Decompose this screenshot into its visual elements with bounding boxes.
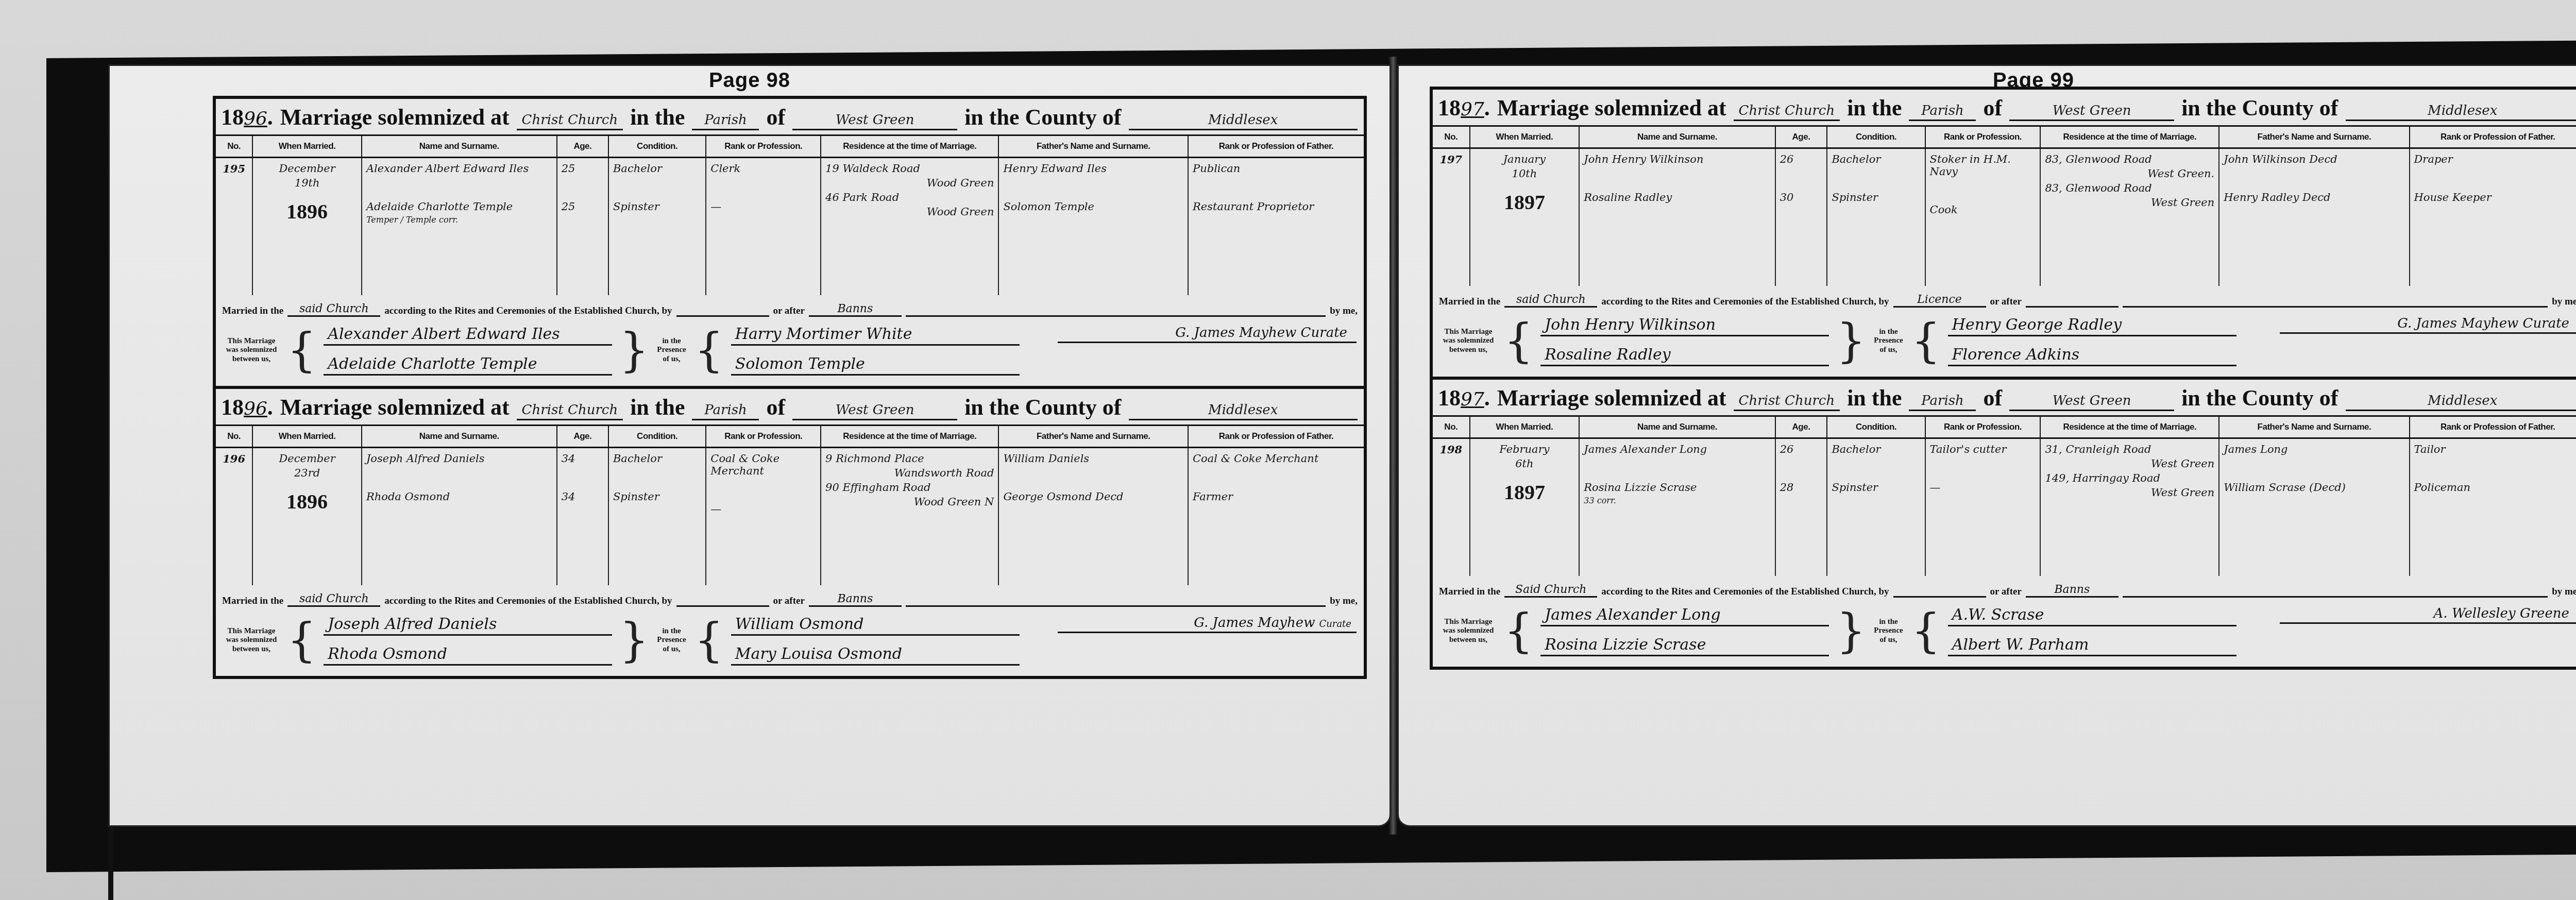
fathers-professions: TailorPoliceman [2410,438,2576,576]
entry-headline: 1897. Marriage solemnized at Christ Chur… [1433,380,2576,417]
field-text: January [1475,153,1575,165]
table-row: 198 February 6th 1897 James Alexander Lo… [1433,438,2576,576]
by-licence-field [1893,596,1986,598]
district-type-field: Parish [692,402,759,420]
field-text: 83, Glenwood Road [2045,182,2214,194]
names: James Alexander Long Rosina Lizzie Scras… [1579,438,1775,576]
fathers-professions: Coal & Coke MerchantFarmer [1188,448,1364,586]
place-field: West Green [2009,103,2174,121]
party-signature: Rosaline Radley [1540,346,1829,366]
field-text: Tailor's cutter [1930,443,2036,455]
field-text: 6th [1475,457,1575,470]
field-text: by me, [1330,305,1358,317]
when-married: February 6th 1897 [1470,438,1580,576]
field-text: 97 [1461,99,1484,120]
groom-name: Alexander Albert Edward Iles [366,162,552,175]
column-header: Rank or Profession of Father. [2410,417,2576,438]
entry-table: No.When Married.Name and Surname.Age.Con… [1433,127,2576,286]
column-header: Condition. [1827,127,1925,148]
rites-line: Married in the said Church according to … [216,585,1364,610]
field-text: 96 [244,398,267,419]
entry-year: 1897. [1438,385,1490,411]
witness-signature: Florence Adkins [1948,346,2236,366]
entries-block: 1896. Marriage solemnized at Christ Chur… [213,96,1367,679]
in-the-label: in the [630,104,685,130]
witness-signature: Albert W. Parham [1948,636,2236,656]
solemnized-label: Marriage solemnized at [1497,95,1726,121]
signatures-block: This Marriage was solemnized between us,… [216,320,1364,386]
witness-signature: Henry George Radley [1948,316,2236,336]
solemnized-label: Marriage solemnized at [1497,385,1726,411]
witness-signature: Mary Louisa Osmond [731,645,1020,666]
column-headers: No.When Married.Name and Surname.Age.Con… [216,136,1364,158]
entries-block: 1897. Marriage solemnized at Christ Chur… [1430,87,2576,670]
ages: 2525 [557,158,608,296]
column-header: When Married. [1470,127,1580,148]
field-text: Bachelor [1832,153,1920,165]
field-text: 18 [221,395,244,420]
when-married: January 10th 1897 [1470,148,1580,286]
of-label: of [1983,385,2002,411]
field-text: or after [1990,586,2022,598]
fathers-professions: DraperHouse Keeper [2410,148,2576,286]
field-text: 34 [562,452,604,465]
field-text: Restaurant Proprietor [1193,200,1360,213]
field-text: 18 [221,105,244,130]
church-field: Christ Church [1734,393,1840,411]
of-label: of [766,394,785,420]
officiant-signature: A. Wellesley Greene [2280,606,2576,624]
church-field: Christ Church [1734,103,1840,121]
district-type-field: Parish [1909,103,1976,121]
entry-table: No.When Married.Name and Surname.Age.Con… [216,426,1364,585]
field-text: or after [1990,296,2022,308]
entry-number: 196 [216,448,252,586]
church-field: Christ Church [517,402,623,420]
bride-name-note: Temper / Temple corr. [366,215,552,225]
between-label: This Marriage was solemnized between us, [223,627,280,654]
witness-signature: A.W. Scrase [1948,606,2236,626]
table-row: 197 January 10th 1897 John Henry Wilkins… [1433,148,2576,286]
entry-year: 1896. [221,104,273,130]
bride-name: Rhoda Osmond [366,490,552,503]
ages: 2628 [1775,438,1827,576]
county-label: in the County of [2181,95,2338,121]
officiant-signature: G. James Mayhew Curate [2280,316,2576,334]
register-page-99: Page 99 1897. Marriage solemnized at Chr… [1397,64,2576,827]
column-headers: No.When Married.Name and Surname.Age.Con… [1433,417,2576,438]
field-text: according to the Rites and Ceremonies of… [1601,296,1889,308]
column-header: Name and Surname. [1579,127,1775,148]
column-header: Condition. [608,426,706,448]
column-header: Rank or Profession. [1925,417,2041,438]
field-text: Married in the [1439,586,1500,598]
by-licence-field [676,605,769,607]
county-field: Middlesex [2346,393,2576,411]
column-header: Residence at the time of Marriage. [821,136,998,158]
column-header: Condition. [608,136,706,158]
field-text: 90 Effingham Road [825,481,994,494]
column-header: Name and Surname. [1579,417,1775,438]
table-row: 195 December 19th 1896 Alexander Albert … [216,158,1364,296]
field-text: Wandsworth Road [825,467,994,479]
signatures-block: This Marriage was solemnized between us,… [1433,311,2576,377]
column-header: Name and Surname. [362,426,557,448]
field-text: Cook [1930,203,2036,216]
column-header: Age. [557,426,608,448]
presence-label: in the Presence of us, [656,337,687,364]
field-text: Spinster [1832,191,1920,203]
entry-headline: 1897. Marriage solemnized at Christ Chur… [1433,90,2576,127]
between-label: This Marriage was solemnized between us, [1440,618,1497,644]
column-header: Condition. [1827,417,1925,438]
entry-headline: 1896. Marriage solemnized at Christ Chur… [216,99,1364,136]
field-text: Draper [2414,153,2576,165]
entry-number: 197 [1433,148,1470,286]
presence-label: in the Presence of us, [1873,328,1904,354]
table-row: 196 December 23rd 1896 Joseph Alfred Dan… [216,448,1364,586]
field-text: 1897 [1475,190,1575,214]
in-the-label: in the [1847,385,1902,411]
field-text: 26 [1780,153,1823,165]
bride-name: Rosaline Radley [1584,191,1770,203]
conditions: BachelorSpinster [1827,148,1925,286]
field-text: 31, Cranleigh Road [2045,443,2214,455]
field-text: by me, [2552,296,2576,308]
bride-name: Rosina Lizzie Scrase [1584,481,1770,494]
field-text: 83, Glenwood Road [2045,153,2214,165]
banns-field: Banns [809,592,902,607]
column-header: No. [216,136,252,158]
marriage-entry: 1896. Marriage solemnized at Christ Chur… [216,99,1364,389]
presence-label: in the Presence of us, [1873,618,1904,644]
party-signature: Alexander Albert Edward Iles [324,325,612,346]
column-header: Rank or Profession of Father. [2410,127,2576,148]
witness-signature: Solomon Temple [731,355,1020,376]
field-text: Spinster [613,490,701,503]
banns-field: Banns [2026,583,2119,598]
field-text: Bachelor [613,162,701,175]
groom-name: James Alexander Long [1584,443,1770,455]
column-header: When Married. [252,426,362,448]
residences: 83, Glenwood RoadWest Green. 83, Glenwoo… [2040,148,2219,286]
fathers-names: James LongWilliam Scrase (Decd) [2219,438,2409,576]
column-header: Rank or Profession of Father. [1188,136,1364,158]
field-text: Farmer [1193,490,1360,503]
bride-name-note: 33 corr. [1584,496,1770,505]
residences: 31, Cranleigh RoadWest Green 149, Harrin… [2040,438,2219,576]
conditions: BachelorSpinster [1827,438,1925,576]
married-in-field: said Church [287,302,380,317]
county-label: in the County of [2181,385,2338,411]
residences: 19 Waldeck RoadWood Green 46 Park RoadWo… [821,158,998,296]
field-text: 25 [562,200,604,213]
field-text: House Keeper [2414,191,2576,203]
when-married: December 23rd 1896 [252,448,362,586]
church-field: Christ Church [517,112,623,130]
rites-line: Married in the Said Church according to … [1433,576,2576,601]
field-text: G. James Mayhew [1194,615,1315,631]
professions: Stoker in H.M. NavyCook [1925,148,2041,286]
district-type-field: Parish [692,112,759,130]
field-text: 19 Waldeck Road [825,162,994,175]
entry-table: No.When Married.Name and Surname.Age.Con… [216,136,1364,295]
field-text: by me, [1330,596,1358,607]
field-text: 10th [1475,167,1575,180]
field-text: West Green. [2045,167,2214,180]
party-signature: Rosina Lizzie Scrase [1540,636,1829,656]
field-text: Coal & Coke Merchant [710,452,816,477]
county-field: Middlesex [1129,402,1358,420]
field-text: 18 [1438,95,1461,121]
place-field: West Green [2009,393,2174,411]
rites-line: Married in the said Church according to … [1433,286,2576,311]
field-text: according to the Rites and Ceremonies of… [384,596,672,607]
column-header: No. [216,426,252,448]
field-text: Married in the [1439,296,1500,308]
field-text: 19th [257,177,357,189]
witness-signature: Harry Mortimer White [731,325,1020,346]
marriage-entry: 1897. Marriage solemnized at Christ Chur… [1433,380,2576,667]
entry-number: 195 [216,158,252,296]
field-text: James Long [2224,443,2404,455]
column-header: Rank or Profession. [706,426,821,448]
bride-name: Adelaide Charlotte Temple [366,200,552,213]
residences: 9 Richmond PlaceWandsworth Road 90 Effin… [821,448,998,586]
field-text: Curate [1319,619,1351,630]
field-text: G. James Mayhew Curate [1175,325,1347,341]
field-text: December [257,162,357,175]
column-header: Age. [1775,127,1827,148]
column-header: Father's Name and Surname. [2219,127,2409,148]
signatures-block: This Marriage was solemnized between us,… [216,610,1364,676]
names: John Henry Wilkinson Rosaline Radley [1579,148,1775,286]
banns-field [2026,306,2119,308]
signatures-block: This Marriage was solemnized between us,… [1433,601,2576,667]
field-text: Bachelor [1832,443,1920,455]
page-number: Page 98 [110,69,1389,92]
of-label: of [1983,95,2002,121]
field-text: February [1475,443,1575,455]
by-licence-field [676,315,769,317]
field-text: Coal & Coke Merchant [1193,452,1360,465]
field-text: Spinster [1832,481,1920,494]
conditions: BachelorSpinster [608,448,706,586]
in-the-label: in the [630,394,685,420]
field-text: according to the Rites and Ceremonies of… [384,305,672,317]
field-text: 97 [1461,389,1484,410]
field-text: — [1930,481,2036,494]
entry-table: No.When Married.Name and Surname.Age.Con… [1433,417,2576,576]
field-text: William Scrase (Decd) [2224,481,2404,494]
presence-label: in the Presence of us, [656,627,687,654]
fathers-professions: PublicanRestaurant Proprietor [1188,158,1364,296]
column-headers: No.When Married.Name and Surname.Age.Con… [1433,127,2576,148]
fathers-names: William DanielsGeorge Osmond Decd [998,448,1188,586]
married-in-field: Said Church [1504,583,1597,598]
field-text: John Wilkinson Decd [2224,153,2404,165]
field-text: December [257,452,357,465]
party-signature: Rhoda Osmond [324,645,612,666]
field-text: Stoker in H.M. Navy [1930,153,2036,178]
field-text: 18 [1438,385,1461,411]
field-text: West Green [2045,457,2214,470]
column-header: When Married. [1470,417,1580,438]
field-text: 9 Richmond Place [825,452,994,465]
field-text: 1896 [257,199,357,224]
professions: Coal & Coke Merchant— [706,448,821,586]
when-married: December 19th 1896 [252,158,362,296]
field-text: or after [773,596,805,607]
officiant-signature: G. James Mayhew Curate [1058,325,1357,343]
by-licence-field: Licence [1893,293,1986,308]
entry-year: 1896. [221,394,273,420]
field-text: West Green [2045,486,2214,499]
married-in-field: said Church [287,592,380,607]
place-field: West Green [792,402,957,420]
column-header: Residence at the time of Marriage. [2040,417,2219,438]
ages: 2630 [1775,148,1827,286]
field-text: 23rd [257,467,357,479]
officiant-signature: G. James MayhewCurate [1058,615,1357,633]
in-the-label: in the [1847,95,1902,121]
field-text: 25 [562,162,604,175]
marriage-entry: 1897. Marriage solemnized at Christ Chur… [1433,90,2576,380]
field-text: — [710,503,816,515]
column-header: Residence at the time of Marriage. [2040,127,2219,148]
conditions: BachelorSpinster [608,158,706,296]
field-text: Wood Green [825,206,994,218]
groom-name: John Henry Wilkinson [1584,153,1770,165]
field-text: 26 [1780,443,1823,455]
district-type-field: Parish [1909,393,1976,411]
field-text: according to the Rites and Ceremonies of… [1601,586,1889,598]
field-text: George Osmond Decd [1003,490,1183,503]
field-text: 34 [562,490,604,503]
party-signature: James Alexander Long [1540,606,1829,626]
solemnized-label: Marriage solemnized at [280,394,510,420]
county-field: Middlesex [2346,103,2576,121]
column-header: Rank or Profession of Father. [1188,426,1364,448]
field-text: — [710,200,816,213]
entry-number: 198 [1433,438,1470,576]
ages: 3434 [557,448,608,586]
professions: Clerk— [706,158,821,296]
register-page-98: Page 98 1896. Marriage solemnized at Chr… [108,64,1391,827]
column-header: Age. [557,136,608,158]
column-header: When Married. [252,136,362,158]
county-field: Middlesex [1129,112,1358,130]
field-text: 1897 [1475,480,1575,504]
field-text: A. Wellesley Greene [2434,606,2569,621]
column-header: Father's Name and Surname. [998,426,1188,448]
witness-signature: William Osmond [731,615,1020,636]
field-text: 30 [1780,191,1823,203]
field-text: 1896 [257,489,357,514]
county-label: in the County of [964,394,1121,420]
married-in-field: said Church [1504,293,1597,308]
of-label: of [766,104,785,130]
between-label: This Marriage was solemnized between us, [1440,328,1497,354]
fathers-names: John Wilkinson DecdHenry Radley Decd [2219,148,2409,286]
field-text: Wood Green N [825,496,994,508]
field-text: Tailor [2414,443,2576,455]
column-header: No. [1433,417,1470,438]
field-text: Married in the [222,596,283,607]
field-text: Clerk [710,162,816,175]
column-header: Father's Name and Surname. [2219,417,2409,438]
party-signature: John Henry Wilkinson [1540,316,1829,336]
county-label: in the County of [964,104,1121,130]
field-text: Henry Radley Decd [2224,191,2404,203]
names: Alexander Albert Edward Iles Adelaide Ch… [362,158,557,296]
column-headers: No.When Married.Name and Surname.Age.Con… [216,426,1364,448]
field-text: Wood Green [825,177,994,189]
marriage-entry: 1896. Marriage solemnized at Christ Chur… [216,389,1364,676]
field-text: Publican [1193,162,1360,175]
banns-field: Banns [809,302,902,317]
entry-headline: 1896. Marriage solemnized at Christ Chur… [216,389,1364,426]
field-text: 96 [244,108,267,129]
field-text: G. James Mayhew Curate [2397,316,2569,331]
field-text: 46 Park Road [825,191,994,203]
column-header: Father's Name and Surname. [998,136,1188,158]
column-header: Age. [1775,417,1827,438]
field-text: Married in the [222,305,283,317]
entry-year: 1897. [1438,95,1490,121]
column-header: Rank or Profession. [1925,127,2041,148]
field-text: Solomon Temple [1003,200,1183,213]
field-text: 28 [1780,481,1823,494]
field-text: West Green [2045,196,2214,209]
field-text: Spinster [613,200,701,213]
column-header: Residence at the time of Marriage. [821,426,998,448]
groom-name: Joseph Alfred Daniels [366,452,552,465]
field-text: Policeman [2414,481,2576,494]
names: Joseph Alfred Daniels Rhoda Osmond [362,448,557,586]
field-text: Bachelor [613,452,701,465]
party-signature: Joseph Alfred Daniels [324,615,612,636]
field-text: or after [773,305,805,317]
column-header: No. [1433,127,1470,148]
column-header: Name and Surname. [362,136,557,158]
solemnized-label: Marriage solemnized at [280,104,510,130]
field-text: by me, [2552,586,2576,598]
field-text: 149, Harringay Road [2045,472,2214,484]
rites-line: Married in the said Church according to … [216,295,1364,320]
professions: Tailor's cutter— [1925,438,2041,576]
place-field: West Green [792,112,957,130]
field-text: William Daniels [1003,452,1183,465]
party-signature: Adelaide Charlotte Temple [324,355,612,376]
fathers-names: Henry Edward IlesSolomon Temple [998,158,1188,296]
column-header: Rank or Profession. [706,136,821,158]
field-text: Henry Edward Iles [1003,162,1183,175]
between-label: This Marriage was solemnized between us, [223,337,280,364]
